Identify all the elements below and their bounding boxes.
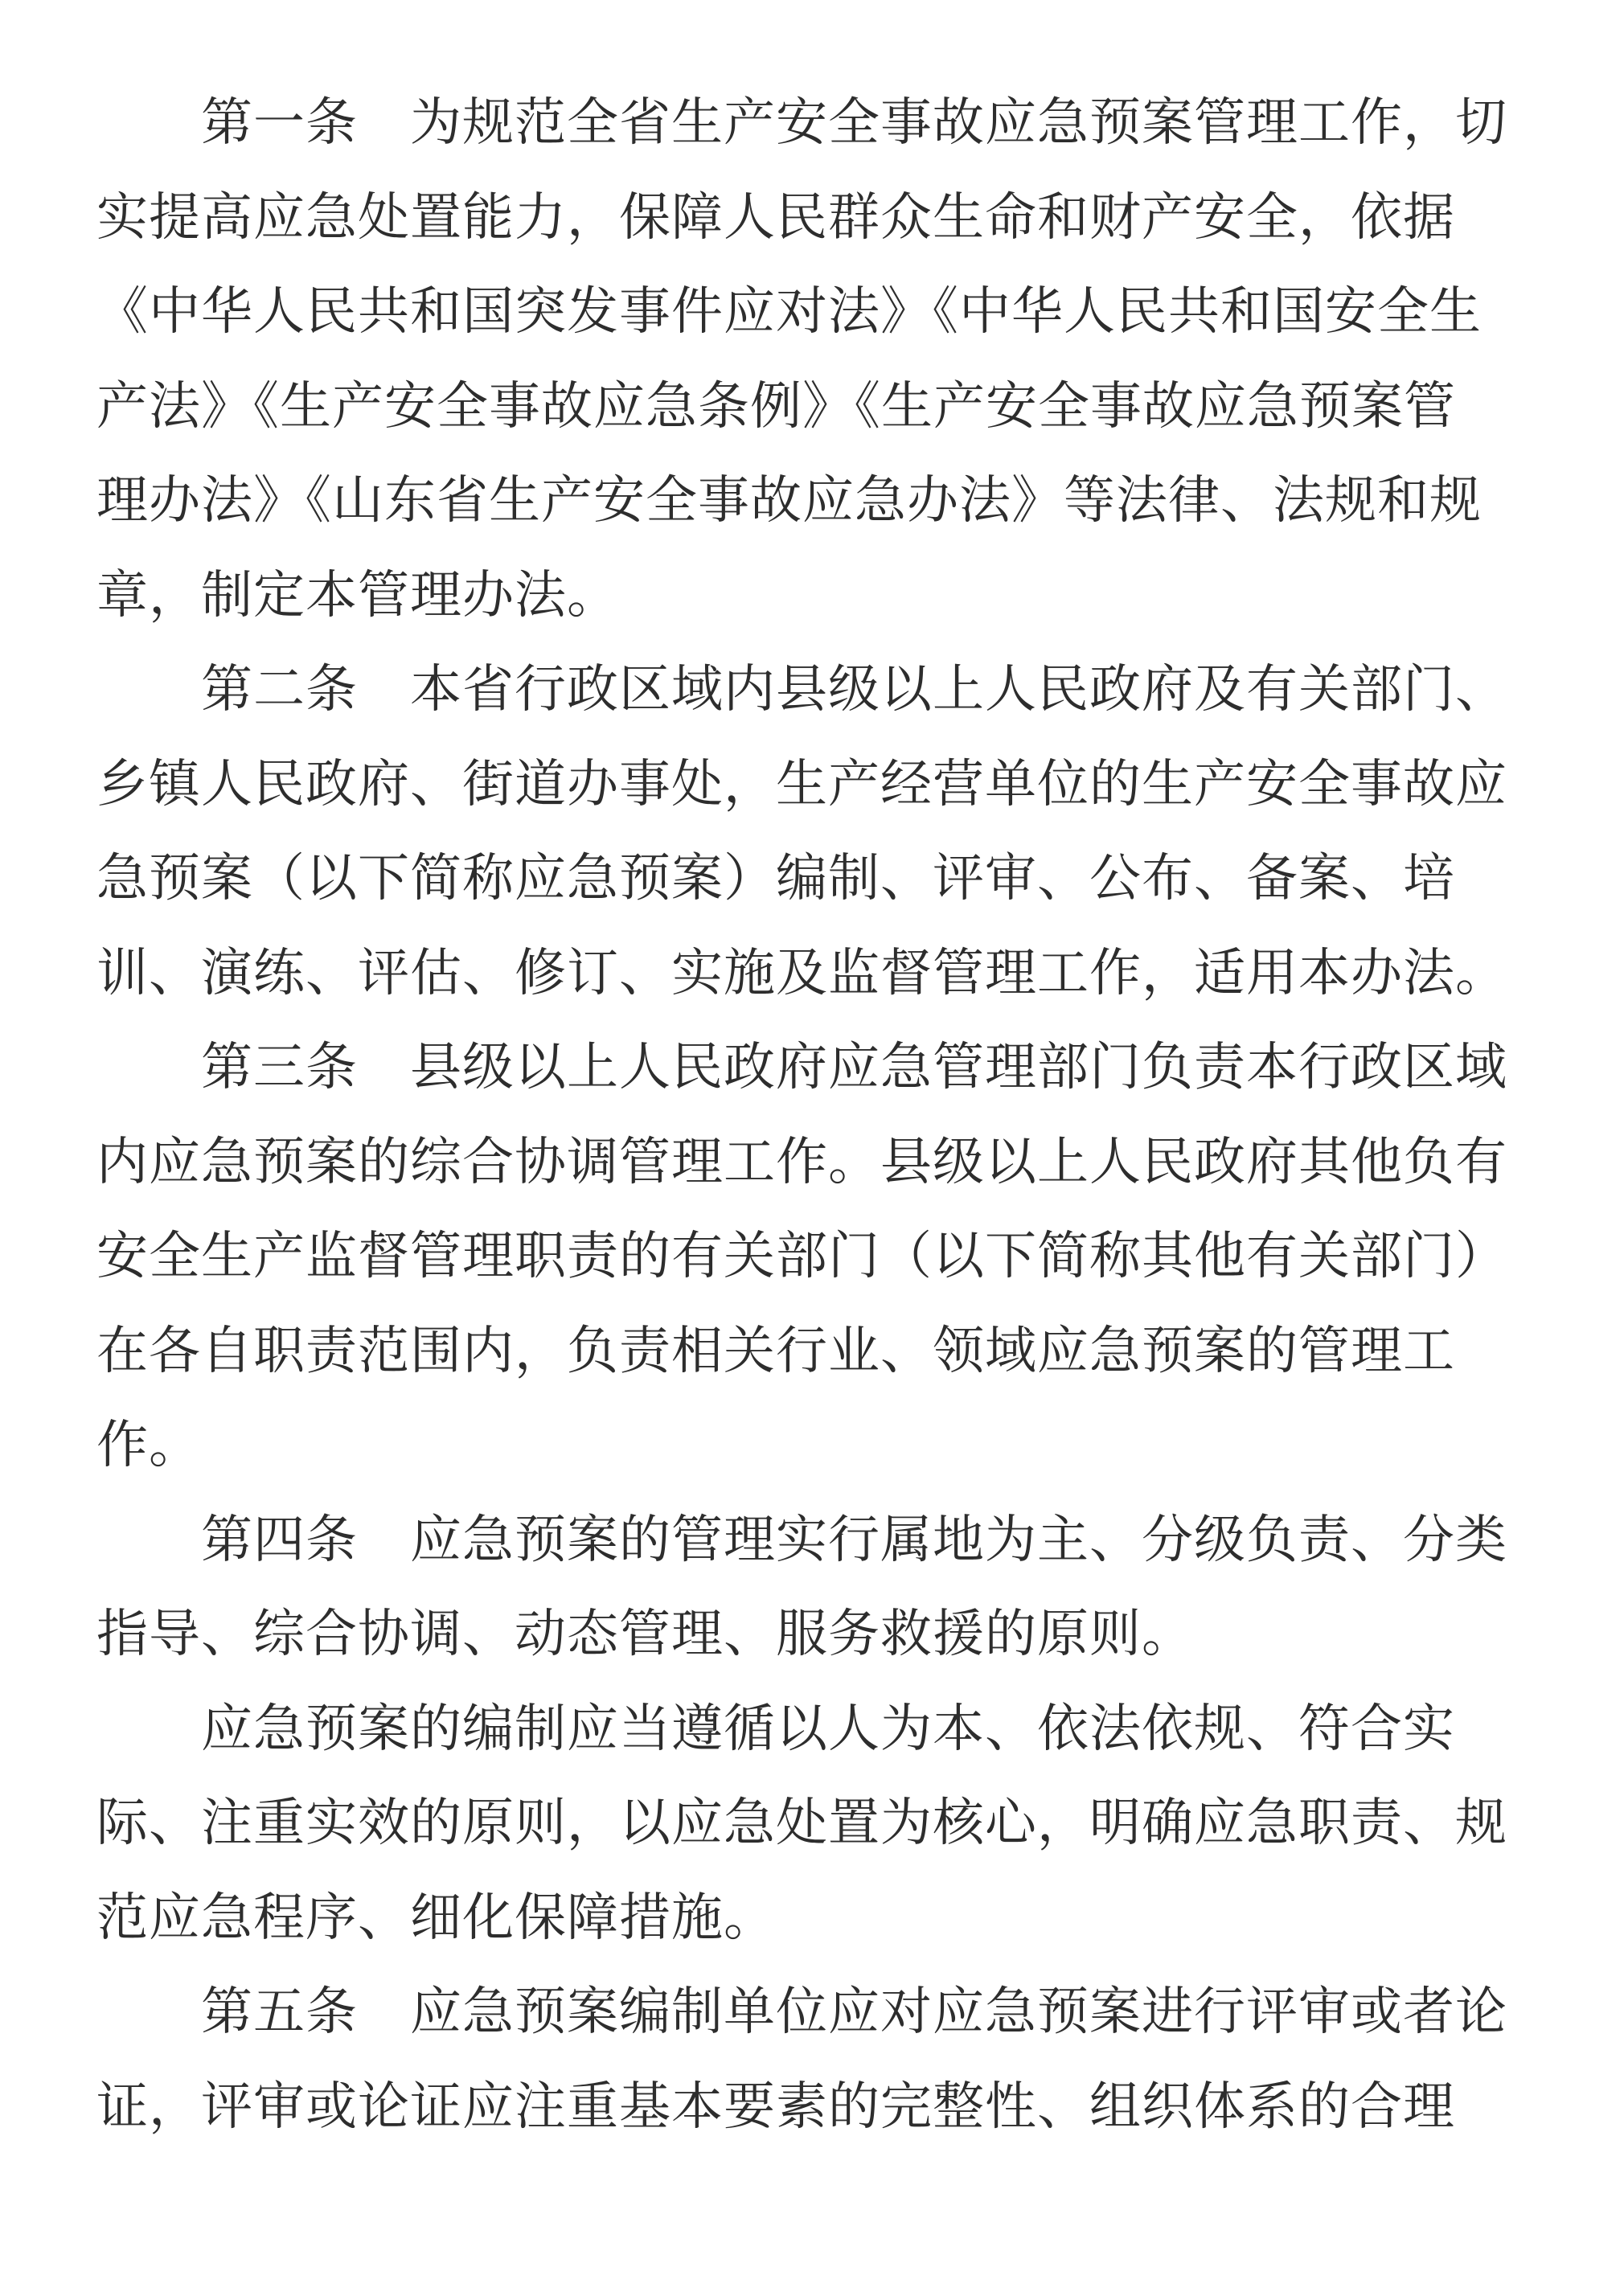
text-line: 在各自职责范围内，负责相关行业、领域应急预案的管理工	[96, 1304, 1560, 1399]
text-line: 理办法》《山东省生产安全事故应急办法》等法律、法规和规	[96, 453, 1560, 548]
paragraph-article-4-para-2: 应急预案的编制应当遵循以人为本、依法依规、符合实际、注重实效的原则，以应急处置为…	[96, 1682, 1560, 1966]
text-line: 际、注重实效的原则，以应急处置为核心，明确应急职责、规	[96, 1776, 1560, 1871]
text-line: 第二条 本省行政区域内县级以上人民政府及有关部门、	[96, 642, 1560, 737]
text-line: 训、演练、评估、修订、实施及监督管理工作，适用本办法。	[96, 926, 1560, 1021]
text-line: 章，制定本管理办法。	[96, 548, 1560, 643]
paragraph-article-2: 第二条 本省行政区域内县级以上人民政府及有关部门、乡镇人民政府、街道办事处，生产…	[96, 642, 1560, 1020]
text-line: 第一条 为规范全省生产安全事故应急预案管理工作，切	[96, 76, 1560, 170]
paragraph-article-3: 第三条 县级以上人民政府应急管理部门负责本行政区域内应急预案的综合协调管理工作。…	[96, 1020, 1560, 1493]
paragraph-article-4: 第四条 应急预案的管理实行属地为主、分级负责、分类指导、综合协调、动态管理、服务…	[96, 1493, 1560, 1682]
text-line: 范应急程序、细化保障措施。	[96, 1871, 1560, 1966]
text-line: 指导、综合协调、动态管理、服务救援的原则。	[96, 1587, 1560, 1682]
paragraph-article-1: 第一条 为规范全省生产安全事故应急预案管理工作，切实提高应急处置能力，保障人民群…	[96, 76, 1560, 642]
text-line: 《中华人民共和国突发事件应对法》《中华人民共和国安全生	[96, 264, 1560, 359]
text-line: 产法》《生产安全事故应急条例》《生产安全事故应急预案管	[96, 359, 1560, 454]
text-line: 乡镇人民政府、街道办事处，生产经营单位的生产安全事故应	[96, 737, 1560, 832]
text-line: 急预案（以下简称应急预案）编制、评审、公布、备案、培	[96, 831, 1560, 926]
paragraph-article-5: 第五条 应急预案编制单位应对应急预案进行评审或者论证，评审或论证应注重基本要素的…	[96, 1965, 1560, 2154]
text-line: 第五条 应急预案编制单位应对应急预案进行评审或者论	[96, 1965, 1560, 2060]
text-line: 作。	[96, 1398, 1560, 1493]
text-line: 应急预案的编制应当遵循以人为本、依法依规、符合实	[96, 1682, 1560, 1777]
text-line: 内应急预案的综合协调管理工作。县级以上人民政府其他负有	[96, 1115, 1560, 1210]
document-page: 第一条 为规范全省生产安全事故应急预案管理工作，切实提高应急处置能力，保障人民群…	[0, 0, 1624, 2296]
text-line: 证，评审或论证应注重基本要素的完整性、组织体系的合理	[96, 2060, 1560, 2155]
text-line: 实提高应急处置能力，保障人民群众生命和财产安全，依据	[96, 170, 1560, 265]
text-line: 安全生产监督管理职责的有关部门（以下简称其他有关部门）	[96, 1209, 1560, 1304]
text-line: 第三条 县级以上人民政府应急管理部门负责本行政区域	[96, 1020, 1560, 1115]
text-line: 第四条 应急预案的管理实行属地为主、分级负责、分类	[96, 1493, 1560, 1588]
